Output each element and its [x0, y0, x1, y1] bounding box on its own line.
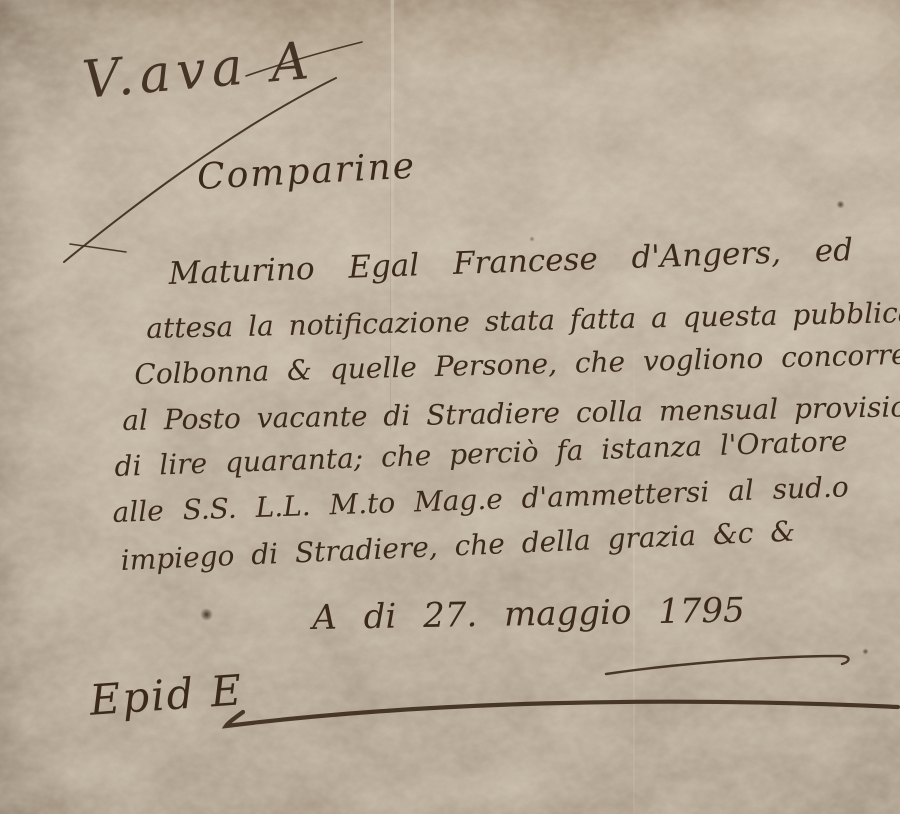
- ink-stain-spot: [862, 648, 869, 655]
- manuscript-document-photo: V.ava A Comparine Maturino Egal Francese…: [0, 0, 900, 814]
- docket-inscription: V.ava A: [80, 30, 317, 112]
- ink-stain-spot: [529, 236, 535, 242]
- date-underline-flourish: [606, 656, 849, 674]
- signature: Epid E: [88, 665, 245, 726]
- ink-stain-spot: [199, 608, 214, 621]
- ink-stain-spot: [836, 200, 845, 209]
- date-line: A di 27. maggio 1795: [312, 590, 745, 638]
- petition-line: Colbonna & quelle Persone, che vogliono …: [134, 337, 900, 392]
- docket-dash-stroke: [70, 244, 126, 252]
- petition-line: attesa la notificazione stata fatta a qu…: [146, 296, 900, 346]
- signature-rule-line: [226, 702, 898, 726]
- petition-heading: Comparine: [196, 145, 417, 200]
- petition-line: Maturino Egal Francese d'Angers, ed: [168, 232, 854, 293]
